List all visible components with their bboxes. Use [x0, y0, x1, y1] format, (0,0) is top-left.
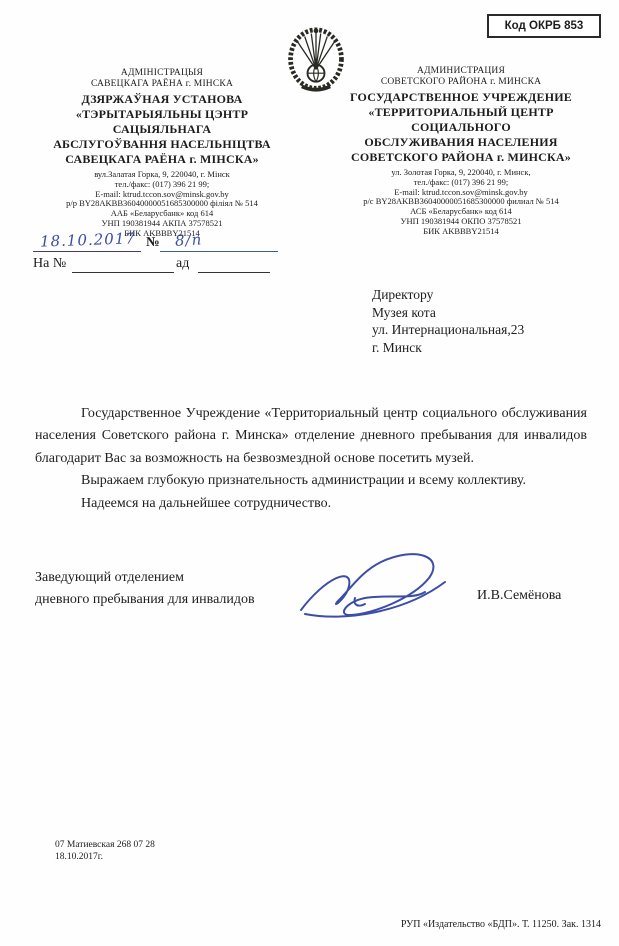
- reply-date-underline: [198, 272, 270, 273]
- executor-footer: 07 Матиевская 268 07 28 18.10.2017г.: [55, 839, 155, 863]
- body-paragraph: Надеемся на дальнейшее сотрудничество.: [35, 493, 587, 515]
- okrb-code-box: Код ОКРБ 853: [487, 14, 601, 38]
- addressee-title: Директору: [372, 286, 524, 304]
- handwritten-date: 18.10.2017: [40, 229, 136, 250]
- letterhead-contact-details: вул.Залатая Горка, 9, 220040, г. Мінск т…: [26, 170, 298, 239]
- letterhead-belarusian: АДМІНІСТРАЦЫЯ САВЕЦКАГА РАЁНА г. МІНСКА …: [26, 68, 298, 239]
- number-underline: [160, 251, 278, 252]
- addressee-city: г. Минск: [372, 339, 524, 357]
- printing-house-footer: РУП «Издательство «БДП». Т. 11250. Зак. …: [401, 919, 601, 930]
- addressee-street: ул. Интернациональная,23: [372, 321, 524, 339]
- body-paragraph: Выражаем глубокую признательность админи…: [35, 470, 587, 492]
- letterhead-admin-line: АДМИНИСТРАЦИЯ: [321, 66, 601, 77]
- reply-from-label: ад: [176, 256, 189, 272]
- number-sign: №: [146, 234, 160, 250]
- letterhead-russian: АДМИНИСТРАЦИЯ СОВЕТСКОГО РАЙОНА г. МИНСК…: [321, 66, 601, 237]
- scanned-letter-page: Код ОКРБ 853 АДМІНІСТРАЦЫЯ САВЕЦКАГА РАЁ…: [0, 0, 619, 946]
- letterhead-contact-details: ул. Золотая Горка, 9, 220040, г. Минск, …: [321, 168, 601, 237]
- signer-position: Заведующий отделением дневного пребывани…: [35, 567, 255, 611]
- letterhead-org-name: ГОСУДАРСТВЕННОЕ УЧРЕЖДЕНИЕ «ТЕРРИТОРИАЛЬ…: [321, 90, 601, 165]
- letterhead-org-name: ДЗЯРЖАЎНАЯ УСТАНОВА «ТЭРЫТАРЫЯЛЬНЫ ЦЭНТР…: [26, 92, 298, 167]
- handwritten-signature-icon: [295, 552, 465, 626]
- executor-date: 18.10.2017г.: [55, 851, 155, 863]
- letterhead-admin-line: СОВЕТСКОГО РАЙОНА г. МИНСКА: [321, 77, 601, 88]
- body-paragraph: Государственное Учреждение «Территориаль…: [35, 403, 587, 470]
- addressee-block: Директору Музея кота ул. Интернациональн…: [372, 286, 524, 356]
- date-underline: [33, 251, 141, 252]
- reply-number-underline: [72, 272, 174, 273]
- letterhead-admin-line: АДМІНІСТРАЦЫЯ: [26, 68, 298, 79]
- signer-name: И.В.Семёнова: [477, 588, 561, 604]
- handwritten-outgoing-number: 8/п: [175, 230, 203, 249]
- executor-contact: 07 Матиевская 268 07 28: [55, 839, 155, 851]
- letterhead-admin-line: САВЕЦКАГА РАЁНА г. МІНСКА: [26, 79, 298, 90]
- letter-body: Государственное Учреждение «Территориаль…: [35, 403, 587, 515]
- reply-to-label: На №: [33, 256, 66, 272]
- okrb-code-label: Код ОКРБ 853: [505, 20, 584, 32]
- addressee-organization: Музея кота: [372, 304, 524, 322]
